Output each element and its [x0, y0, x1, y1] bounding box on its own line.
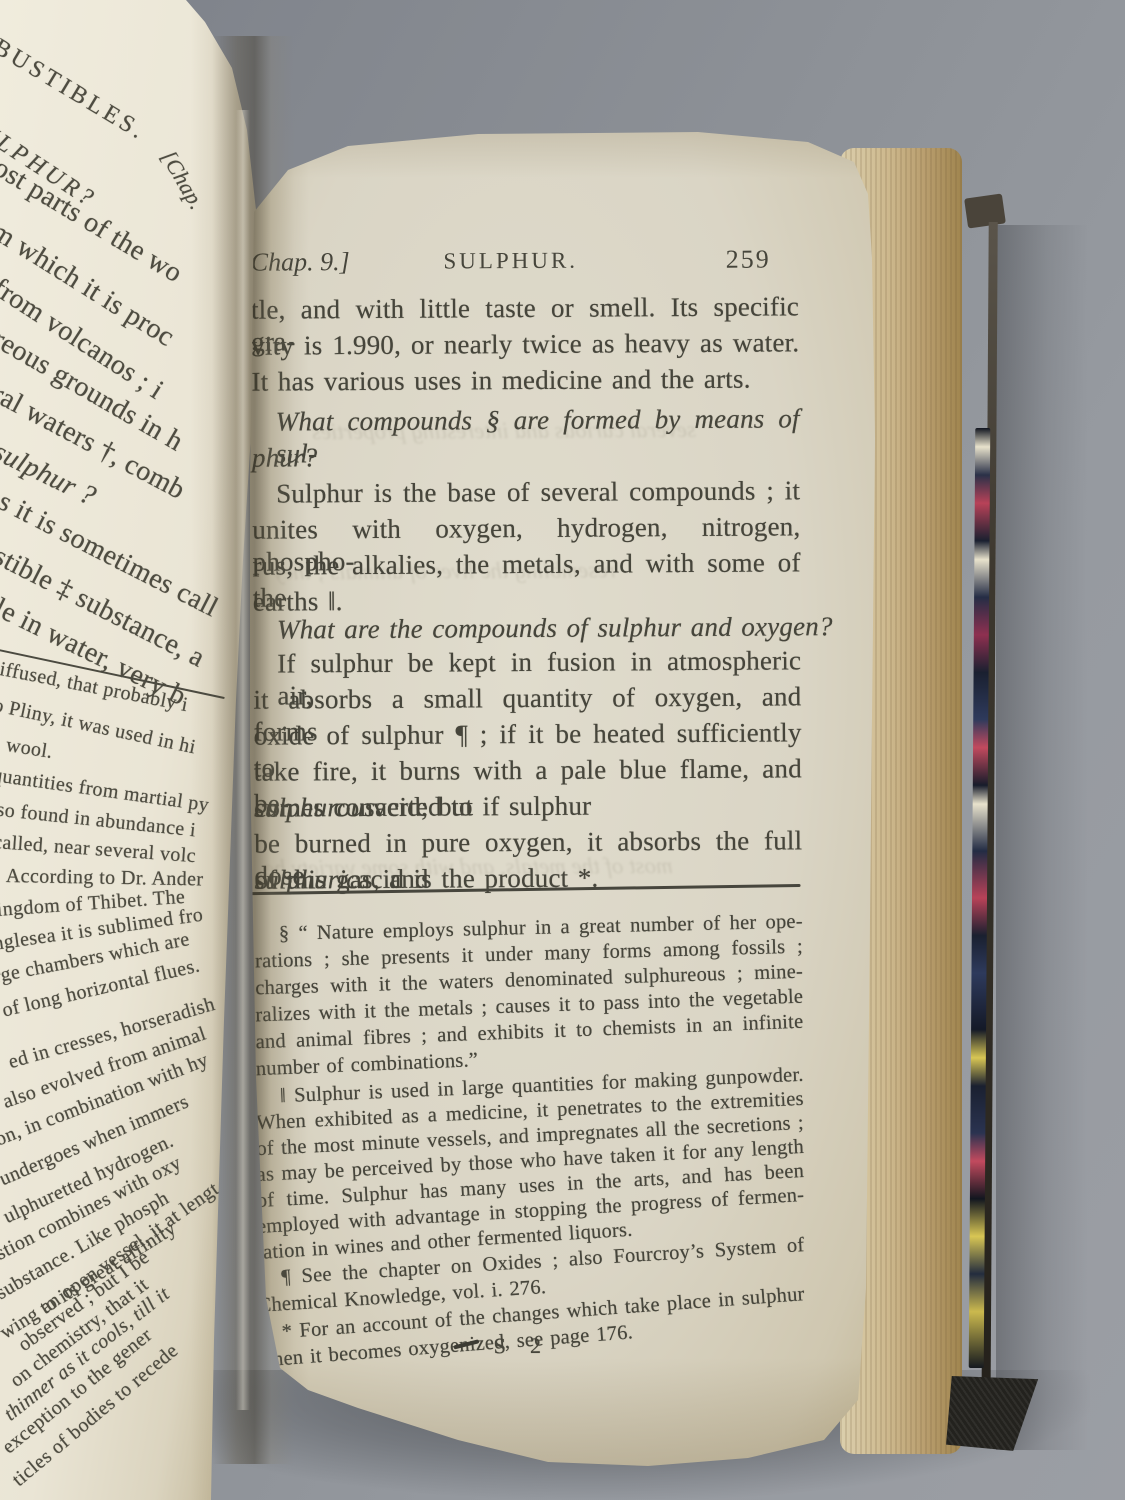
gutter-crease-shadow	[212, 36, 294, 1464]
question-line: What are the compounds of sulphur and ox…	[253, 610, 801, 645]
running-title: SULPHUR.	[401, 247, 621, 274]
right-page: several curious and interesting properti…	[228, 118, 880, 1470]
body-line: vity is 1.990, or nearly twice as heavy …	[251, 326, 799, 361]
body-line: It has various uses in medicine and the …	[251, 362, 799, 397]
question-line: phur?	[252, 438, 800, 473]
cast-shadow-right	[996, 225, 1111, 1450]
page-number: 259	[726, 245, 771, 275]
book-photo-scene: BUSTIBLES. ULPHUR? [Chap. ost parts of t…	[0, 0, 1125, 1500]
cover-board-top-edge	[964, 194, 1006, 229]
body-line: comes converted to sulphurous acid; but …	[254, 788, 802, 823]
right-page-text-block: several curious and interesting properti…	[250, 116, 806, 1471]
page-curl-highlight	[236, 110, 250, 1410]
signature-mark: S 2	[257, 1328, 785, 1363]
body-line-segment: acid; but if sulphur	[375, 790, 591, 823]
body-line: Sulphur is the base of several compounds…	[252, 474, 800, 509]
